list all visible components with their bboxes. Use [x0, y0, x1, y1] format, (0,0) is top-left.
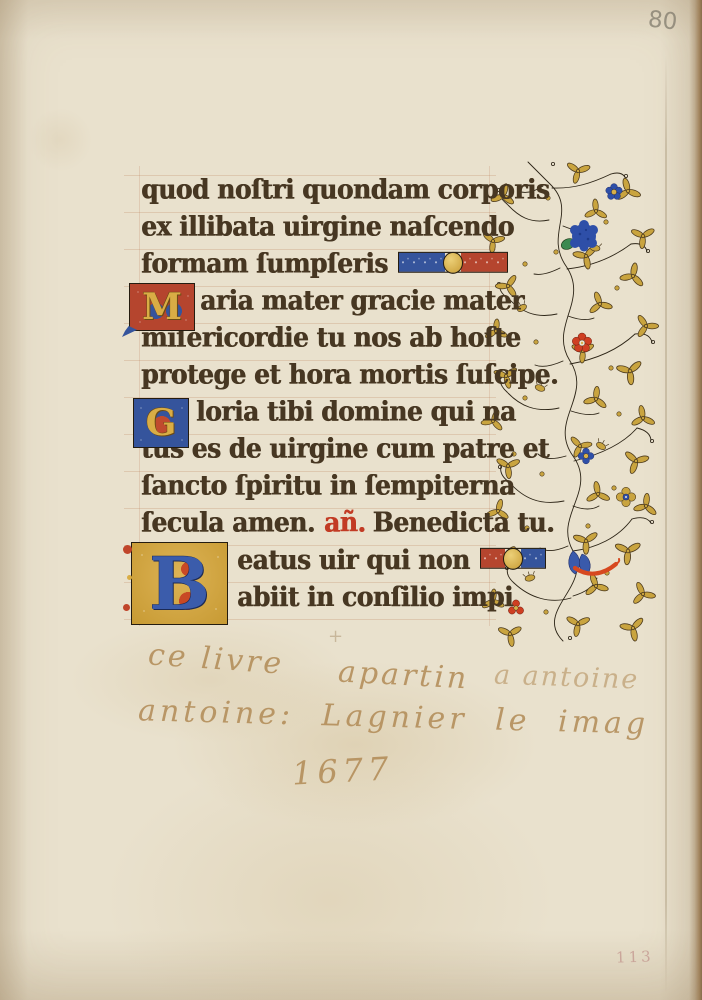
corner-faint-number: 113 — [616, 947, 654, 966]
verse-line: formam ſumpſeris — [141, 244, 558, 285]
inscription-line1-part3: a antoine — [494, 659, 640, 695]
verse-line: protege et hora mortis ſuſcipe. — [141, 355, 558, 396]
verse-line: ſancto ſpiritu in ſempiterna — [141, 466, 558, 507]
manuscript-page: 80 quod noſtri quondam corporis ex illib… — [0, 0, 702, 1000]
verse-line: tus es de uirgine cum patre et — [141, 429, 558, 470]
illuminated-initial-g: G — [133, 398, 189, 448]
gold-blue-quatrefoil-flower — [616, 487, 635, 506]
illuminated-initial-b: B — [131, 542, 228, 625]
verse-line: ex illibata uirgine naſcendo — [141, 207, 558, 248]
verse-line: ſecula amen.añ.Benedicta tu. — [141, 503, 558, 544]
page-fore-edge — [689, 0, 702, 1000]
gold-roundel — [443, 251, 463, 273]
blue-cinquefoil-flower — [606, 184, 622, 200]
verse-line: aria mater gracie mater — [141, 281, 558, 322]
inscription-line1-part2: apartin — [337, 655, 470, 697]
folio-number-pencil: 80 — [647, 7, 679, 36]
page-crease — [665, 55, 667, 995]
verse-line: miſericordie tu nos ab hoſte — [141, 318, 558, 359]
line-filler-bar — [398, 252, 508, 273]
verse-line: quod noſtri quondam corporis — [141, 170, 558, 211]
line-filler-bar — [480, 548, 546, 569]
illuminated-initial-m: M — [129, 283, 195, 331]
rubric-abbreviation: añ. — [324, 506, 366, 538]
red-quatrefoil-flower — [572, 333, 591, 352]
blue-thistle-flower — [560, 220, 598, 252]
inscription-year: 1677 — [291, 749, 394, 792]
faint-cross-mark: + — [328, 626, 343, 647]
verse-line: loria tibi domine qui na — [141, 392, 558, 433]
gold-roundel — [503, 547, 523, 569]
blue-columbine-red-swash — [569, 551, 619, 574]
